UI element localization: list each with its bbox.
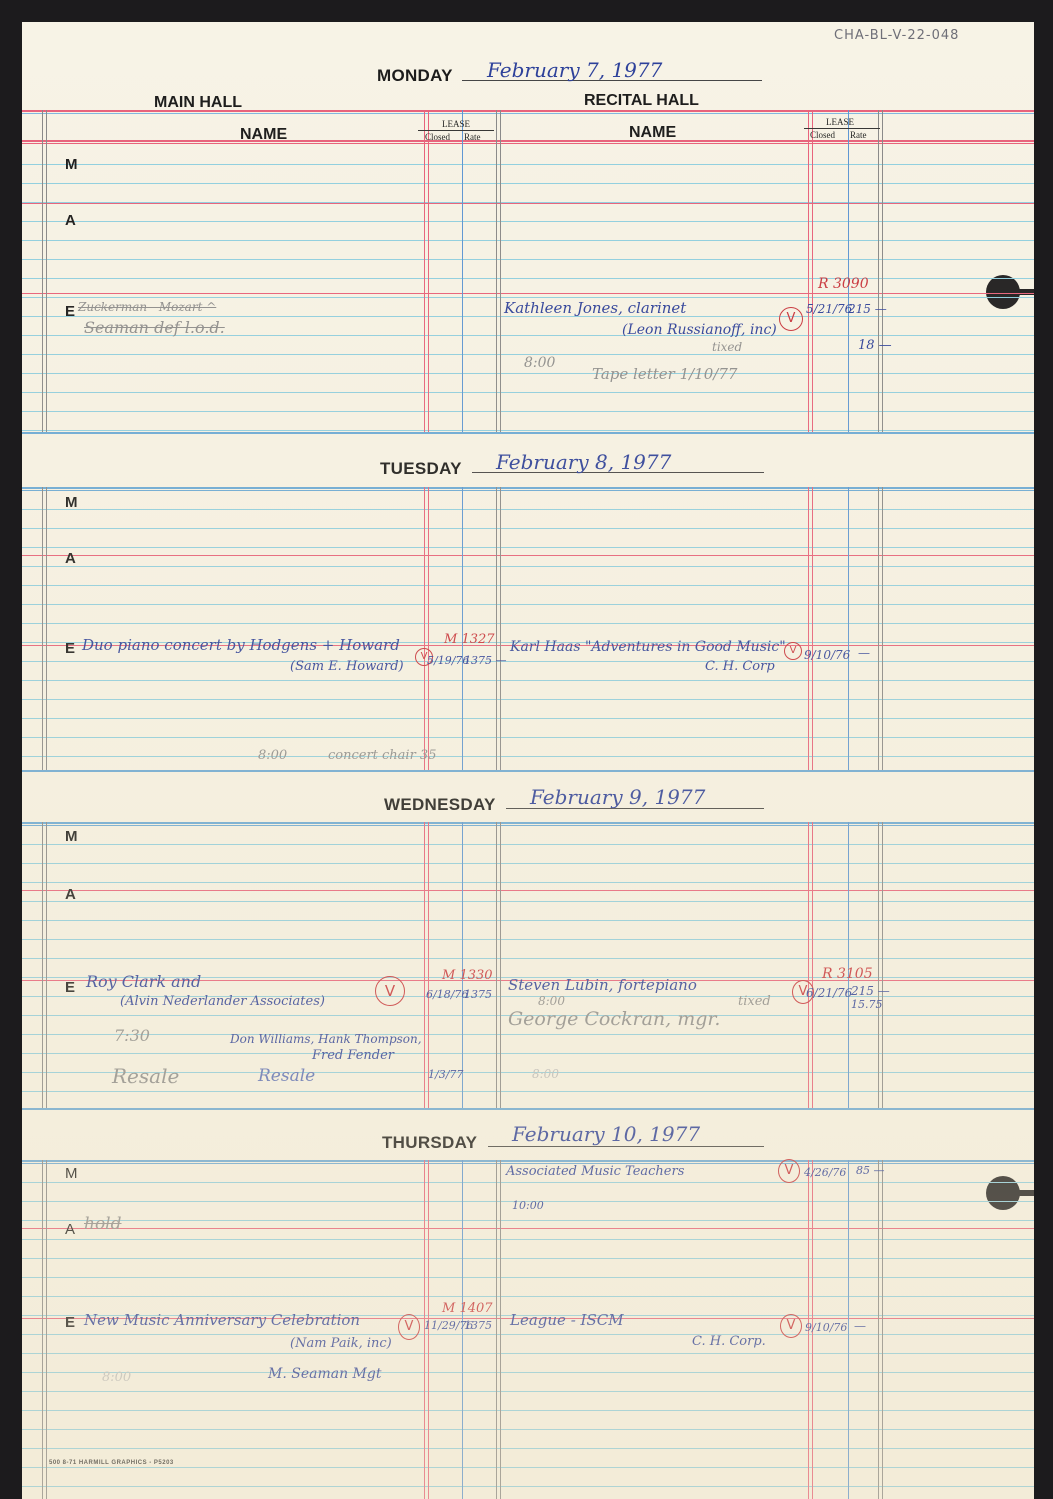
- recital-lease-header: LEASE: [826, 117, 854, 127]
- thursday-recital-morning-name: Associated Music Teachers: [506, 1164, 684, 1179]
- monday-recital-note: Tape letter 1/10/77: [592, 365, 737, 383]
- day-label-tuesday: TUESDAY: [380, 459, 462, 479]
- row-label-m: M: [65, 156, 78, 173]
- wednesday-recital-time: 8:00: [538, 994, 565, 1008]
- main-rate-header: Rate: [464, 132, 481, 142]
- tuesday-main-evening-name: Duo piano concert by Hodgens + Howard: [82, 636, 400, 654]
- thursday-recital-morning-rate: 85 —: [856, 1164, 885, 1177]
- main-closed-header: Closed: [425, 132, 450, 142]
- date-wednesday: February 9, 1977: [530, 785, 705, 809]
- wednesday-main-time: 7:30: [114, 1026, 150, 1045]
- wednesday-recital-evening-name: Steven Lubin, fortepiano: [508, 976, 697, 994]
- monday-recital-closed: 5/21/76: [806, 302, 852, 316]
- monday-recital-evening-name: Kathleen Jones, clarinet: [504, 299, 686, 317]
- monday-recital-rate2: 18 —: [858, 338, 892, 353]
- thursday-recital-evening-rate: —: [854, 1319, 866, 1333]
- wednesday-main-check: V: [375, 976, 405, 1006]
- row-label-a: A: [65, 550, 76, 567]
- tuesday-recital-rate: —: [858, 646, 870, 660]
- row-label-a: A: [65, 1221, 75, 1238]
- reference-id: CHA-BL-V-22-048: [834, 28, 959, 43]
- monday-recital-rate: 215 —: [848, 302, 887, 316]
- thursday-main-time: 8:00: [102, 1370, 131, 1385]
- wednesday-recital-job-no: R 3105: [822, 966, 873, 982]
- wednesday-recital-time2: 8:00: [532, 1067, 559, 1081]
- wednesday-main-rate: 1375: [464, 988, 492, 1001]
- monday-recital-check: V: [779, 307, 803, 331]
- ledger-page: CHA-BL-V-22-048 MONDAY February 7, 1977 …: [22, 22, 1034, 1499]
- wednesday-main-resale-pencil: Resale: [112, 1064, 179, 1088]
- binder-hole-slot: [1014, 1190, 1034, 1196]
- monday-recital-evening-sub: (Leon Russianoff, inc): [622, 322, 777, 338]
- row-label-a: A: [65, 212, 76, 229]
- wednesday-main-evening-sub: (Alvin Nederlander Associates): [120, 994, 325, 1009]
- wednesday-main-job-no: M 1330: [442, 968, 493, 983]
- thursday-main-afternoon-hold: hold: [84, 1214, 122, 1234]
- printer-footer: 500 8-71 HARMILL GRAPHICS - P5203: [49, 1460, 174, 1466]
- wednesday-recital-note: tixed: [738, 994, 771, 1009]
- wednesday-main-resale-date: 1/3/77: [428, 1068, 463, 1081]
- monday-main-evening-struck-2: Seaman def l.o.d.: [84, 318, 225, 337]
- thursday-recital-evening-closed: 9/10/76: [805, 1321, 847, 1334]
- row-label-a: A: [65, 886, 76, 903]
- thursday-recital-morning-check: V: [778, 1159, 800, 1183]
- row-label-m: M: [65, 828, 78, 845]
- row-label-e: E: [65, 303, 75, 320]
- recital-hall-title: RECITAL HALL: [584, 92, 699, 110]
- wednesday-recital-rate2: 15.75: [851, 998, 883, 1011]
- date-thursday: February 10, 1977: [512, 1122, 700, 1146]
- thursday-recital-evening-sub: C. H. Corp.: [692, 1334, 766, 1349]
- tuesday-recital-evening-name: Karl Haas "Adventures in Good Music": [510, 639, 786, 655]
- row-label-e: E: [65, 1314, 75, 1331]
- thursday-main-check: V: [398, 1314, 420, 1340]
- day-label-monday: MONDAY: [377, 66, 453, 86]
- tuesday-main-evening-sub: (Sam E. Howard): [290, 659, 404, 674]
- binder-hole-slot: [1014, 289, 1034, 295]
- row-label-e: E: [65, 979, 75, 996]
- tuesday-main-note: concert chair 35: [328, 748, 436, 763]
- thursday-main-mgr: M. Seaman Mgt: [268, 1366, 381, 1382]
- tuesday-recital-closed: 9/10/76: [804, 648, 850, 662]
- main-name-header: NAME: [240, 126, 287, 144]
- monday-recital-job-no: R 3090: [818, 276, 869, 292]
- tuesday-main-time: 8:00: [258, 748, 287, 763]
- thursday-recital-evening-name: League - ISCM: [510, 1311, 624, 1329]
- wednesday-main-resale-ink: Resale: [258, 1066, 315, 1086]
- date-underline: [488, 1146, 764, 1147]
- monday-recital-time: 8:00: [524, 355, 555, 371]
- tuesday-main-rate: 1375 —: [464, 654, 507, 667]
- wednesday-main-artists2: Fred Fender: [312, 1048, 394, 1063]
- recital-closed-header: Closed: [810, 130, 835, 140]
- main-hall-title: MAIN HALL: [154, 94, 242, 112]
- thursday-main-job-no: M 1407: [442, 1301, 493, 1316]
- tuesday-main-job-no: M 1327: [444, 632, 495, 647]
- tuesday-recital-check: V: [784, 642, 802, 660]
- day-label-wednesday: WEDNESDAY: [384, 795, 496, 815]
- recital-rate-header: Rate: [850, 130, 867, 140]
- recital-name-header: NAME: [629, 124, 676, 142]
- row-label-m: M: [65, 1165, 78, 1182]
- wednesday-recital-sub: George Cockran, mgr.: [508, 1008, 720, 1030]
- date-tuesday: February 8, 1977: [496, 450, 671, 474]
- monday-main-evening-struck-1: Zuckerman - Mozart ^: [78, 300, 216, 314]
- thursday-recital-morning-closed: 4/26/76: [804, 1166, 846, 1179]
- wednesday-recital-closed: 6/21/76: [806, 986, 852, 1000]
- wednesday-recital-rate: 215 —: [851, 984, 890, 998]
- wednesday-main-artists: Don Williams, Hank Thompson,: [230, 1032, 422, 1046]
- thursday-recital-evening-check: V: [780, 1314, 802, 1338]
- tuesday-recital-evening-sub: C. H. Corp: [705, 659, 775, 674]
- day-label-thursday: THURSDAY: [382, 1133, 477, 1153]
- thursday-main-rate: 1375: [464, 1319, 492, 1332]
- monday-recital-note2: tixed: [712, 340, 742, 354]
- thursday-main-evening-name: New Music Anniversary Celebration: [84, 1311, 360, 1329]
- thursday-recital-morning-time: 10:00: [512, 1199, 544, 1212]
- wednesday-main-closed: 6/18/76: [426, 988, 468, 1001]
- thursday-main-evening-sub: (Nam Paik, inc): [290, 1336, 392, 1351]
- row-label-e: E: [65, 640, 75, 657]
- date-monday: February 7, 1977: [487, 58, 662, 82]
- row-label-m: M: [65, 494, 78, 511]
- wednesday-main-evening-name: Roy Clark and: [86, 972, 201, 991]
- main-lease-header: LEASE: [442, 119, 470, 129]
